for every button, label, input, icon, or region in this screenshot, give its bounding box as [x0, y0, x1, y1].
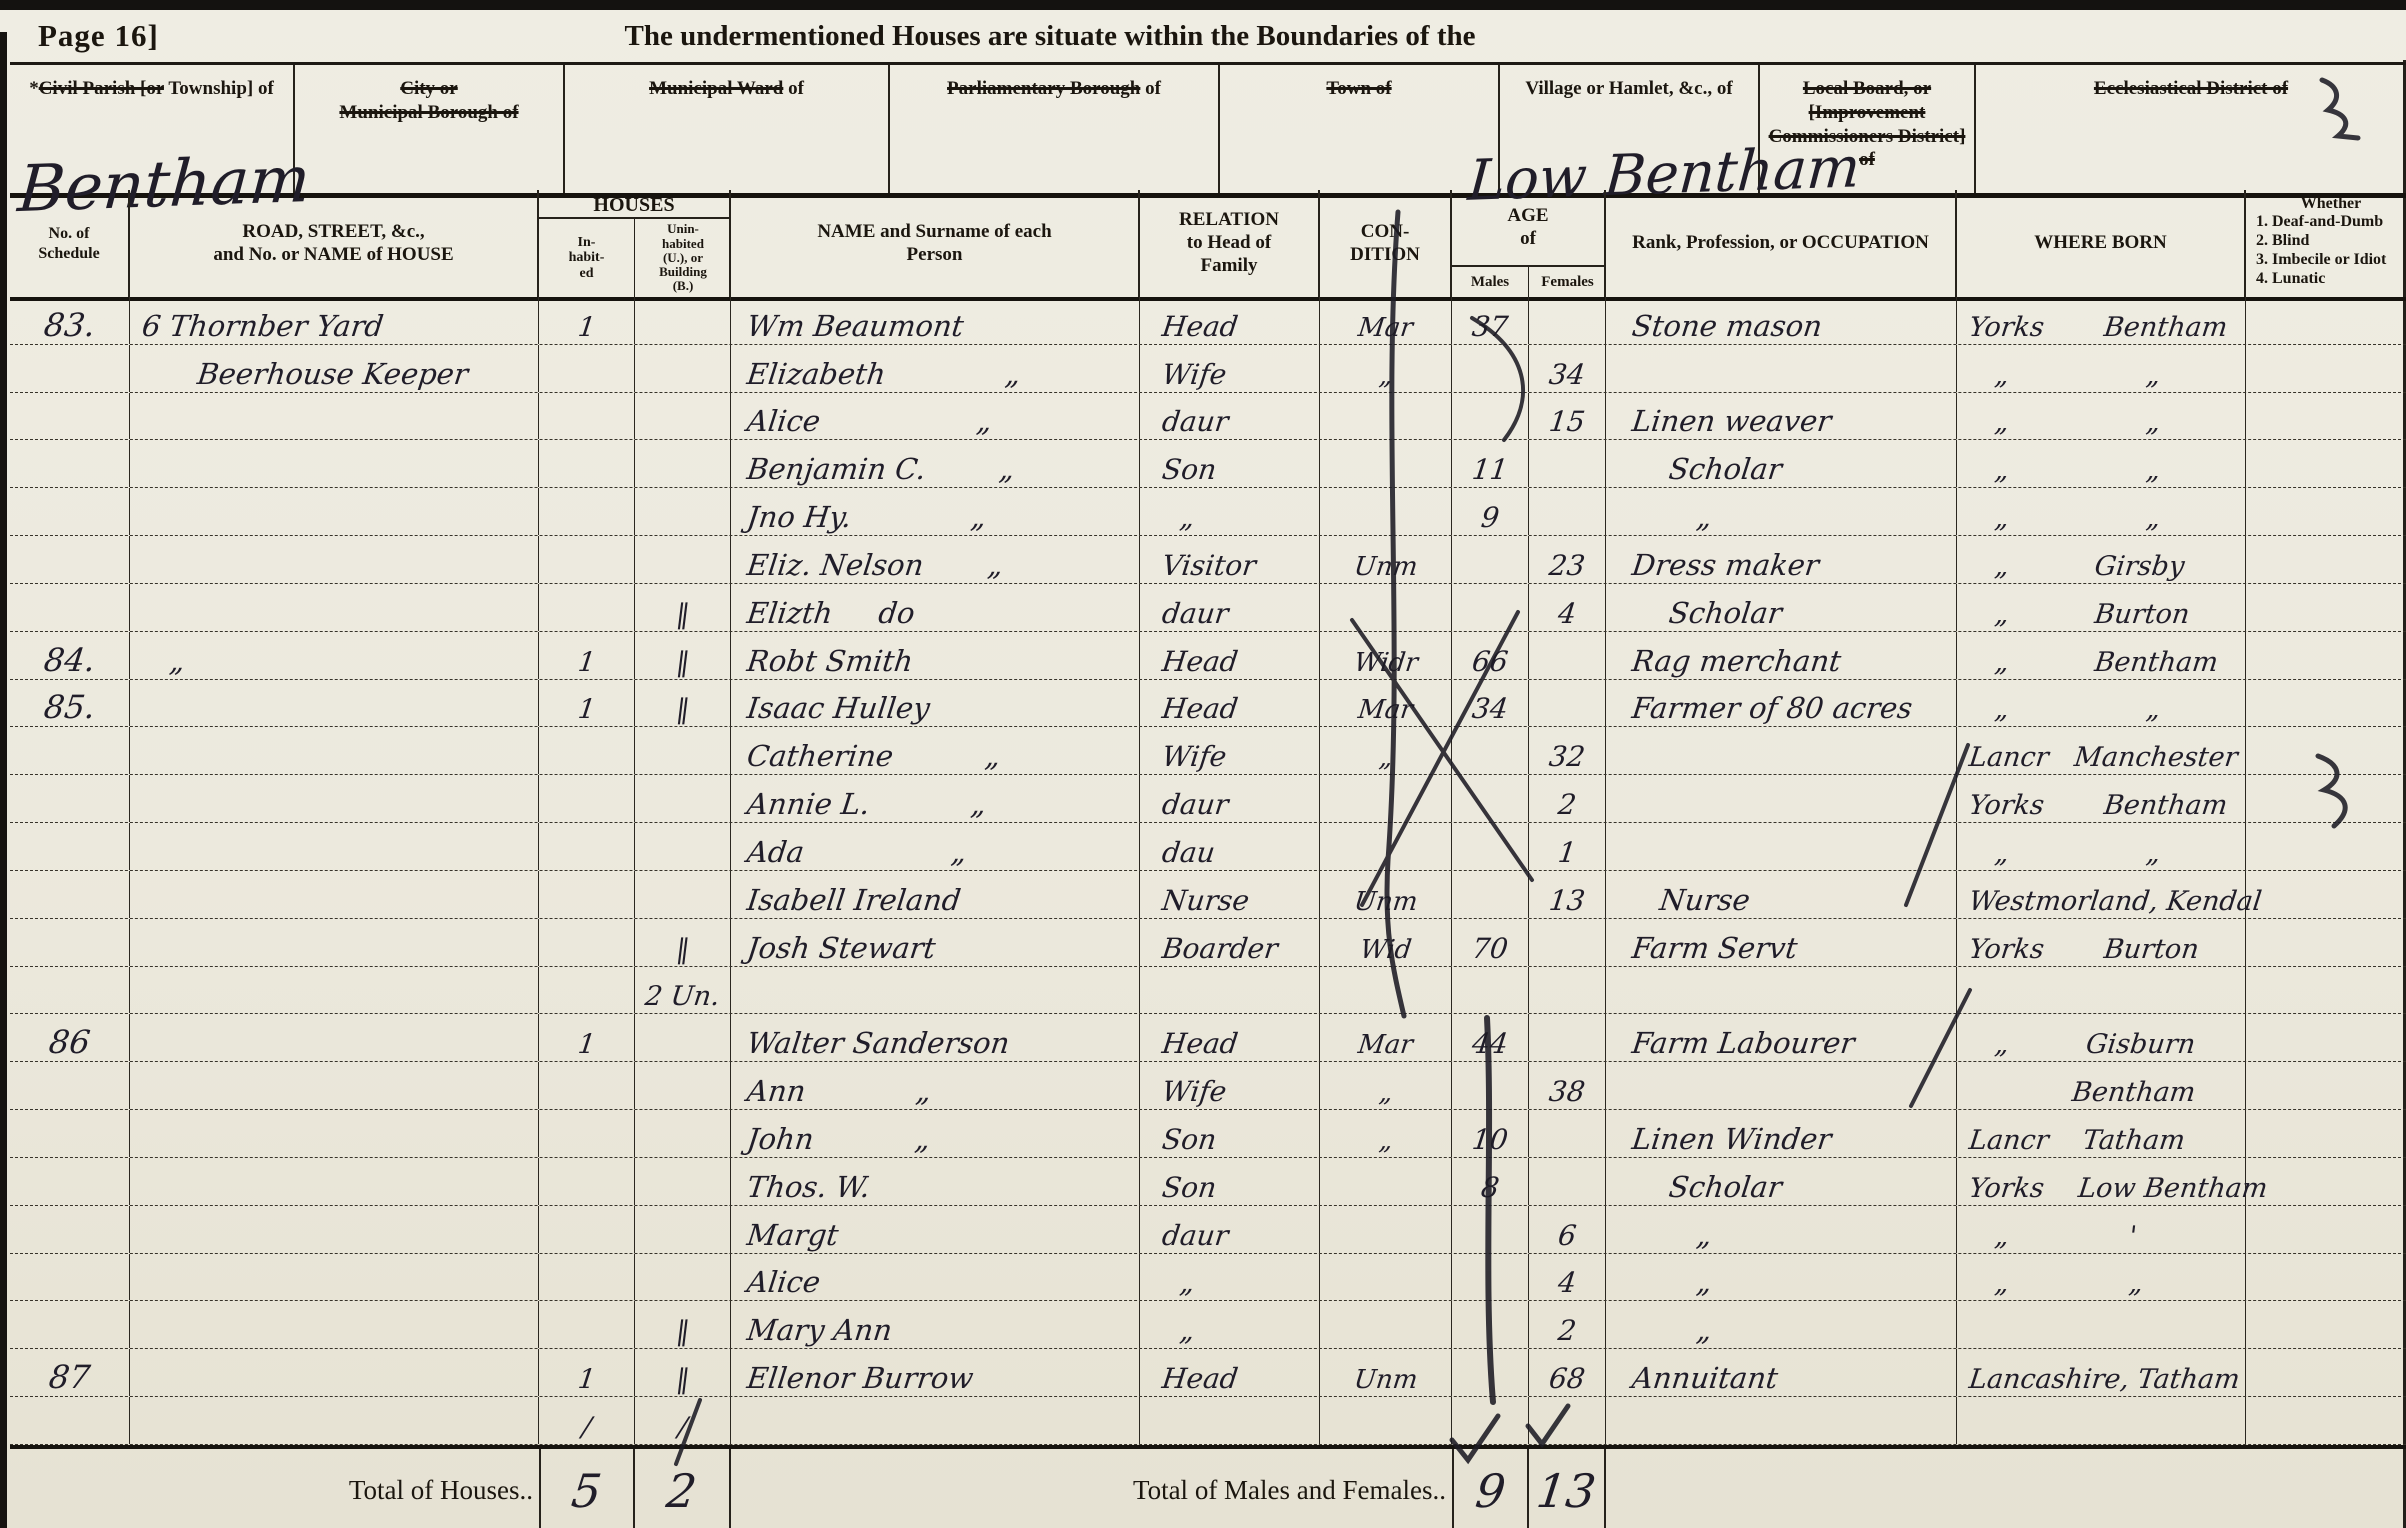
cell-relation: „ — [1140, 1254, 1320, 1301]
cell-road — [130, 440, 539, 487]
cell-occupation — [1606, 1397, 1957, 1444]
cell-schedule — [10, 871, 130, 918]
handwriting-relation: daur — [1160, 1222, 1230, 1253]
cell-name: Isaac Hulley — [731, 680, 1140, 727]
total-houses-label: Total of Houses.. — [130, 1449, 539, 1528]
cell-inhabited — [539, 536, 635, 583]
cell-females: 6 — [1529, 1206, 1606, 1253]
handwriting-females: 6 — [1556, 1222, 1578, 1253]
cell-relation — [1140, 967, 1320, 1014]
census-row-8: 84. „1‖Robt SmithHeadWidr66Rag merchant … — [10, 632, 2406, 680]
location-col-parliamentary-borough: Parliamentary Borough of — [890, 65, 1220, 193]
handwriting-born: Yorks Bentham — [1967, 792, 2229, 822]
cell-infirmity — [2246, 1062, 2406, 1109]
cell-relation: Head — [1140, 297, 1320, 344]
cell-males — [1452, 345, 1529, 392]
cell-road: „ — [130, 632, 539, 679]
cell-road — [130, 393, 539, 440]
handwriting-condition: Unm — [1352, 554, 1419, 583]
handwriting-born: „ „ — [1967, 457, 2162, 487]
cell-occupation: Scholar — [1606, 1158, 1957, 1205]
handwriting-females: 13 — [1547, 887, 1586, 918]
cell-males — [1452, 1349, 1529, 1396]
cell-occupation: „ — [1606, 1254, 1957, 1301]
cell-males — [1452, 823, 1529, 870]
cell-relation: Head — [1140, 1349, 1320, 1396]
cell-born: Lancr Manchester — [1957, 727, 2246, 774]
handwriting-condition: Wid — [1358, 937, 1413, 966]
handwriting-road: „ — [140, 647, 187, 679]
cell-infirmity — [2246, 393, 2406, 440]
cell-inhabited — [539, 1301, 635, 1348]
cell-relation: Wife — [1140, 345, 1320, 392]
handwriting-inhabited: / — [580, 1414, 593, 1444]
census-row-5: Jno Hy. „ „9 „ „ „ — [10, 488, 2406, 536]
handwriting-males: 9 — [1479, 504, 1501, 535]
cell-condition: Mar — [1320, 1014, 1452, 1061]
handwriting-name: Ada „ — [745, 838, 968, 870]
cell-road — [130, 1397, 539, 1444]
handwriting-inhabited: 1 — [576, 314, 597, 344]
cell-females: 1 — [1529, 823, 1606, 870]
cell-born: Yorks Bentham — [1957, 775, 2246, 822]
cell-occupation: „ — [1606, 1301, 1957, 1348]
handwriting-relation: Head — [1160, 313, 1239, 344]
cell-road — [130, 1062, 539, 1109]
cell-born: Yorks Low Bentham — [1957, 1158, 2246, 1205]
cell-schedule — [10, 488, 130, 535]
cell-uninhabited — [635, 393, 731, 440]
handwriting-relation: Wife — [1160, 1078, 1228, 1109]
cell-infirmity — [2246, 1254, 2406, 1301]
cell-condition: Mar — [1320, 297, 1452, 344]
cell-schedule — [10, 775, 130, 822]
cell-infirmity — [2246, 680, 2406, 727]
cell-relation: Head — [1140, 1014, 1320, 1061]
cell-relation: daur — [1140, 393, 1320, 440]
cell-occupation: Scholar — [1606, 440, 1957, 487]
cell-occupation: „ — [1606, 488, 1957, 535]
cell-infirmity — [2246, 871, 2406, 918]
cell-occupation — [1606, 967, 1957, 1014]
cell-infirmity — [2246, 440, 2406, 487]
header-females: Females — [1529, 267, 1606, 297]
cell-relation: Head — [1140, 680, 1320, 727]
cell-infirmity — [2246, 536, 2406, 583]
handwriting-females: 34 — [1547, 361, 1586, 392]
cell-inhabited — [539, 1110, 635, 1157]
handwriting-name: Mary Ann — [745, 1316, 894, 1348]
cell-females — [1529, 297, 1606, 344]
handwriting-road: Beerhouse Keeper — [140, 360, 470, 392]
cell-females — [1529, 680, 1606, 727]
header-houses-group: HOUSES In- habit- ed Unin- habited (U.),… — [539, 190, 731, 297]
cell-condition: Wid — [1320, 919, 1452, 966]
handwriting-males: 66 — [1470, 648, 1509, 679]
cell-condition — [1320, 775, 1452, 822]
cell-relation: Nurse — [1140, 871, 1320, 918]
cell-females — [1529, 1158, 1606, 1205]
cell-inhabited — [539, 1254, 635, 1301]
cell-females — [1529, 488, 1606, 535]
cell-road — [130, 488, 539, 535]
handwriting-born: Lancr Manchester — [1967, 744, 2239, 774]
cell-uninhabited: ‖ — [635, 919, 731, 966]
cell-road — [130, 919, 539, 966]
cell-males: 9 — [1452, 488, 1529, 535]
header-age-label: AGE of — [1507, 190, 1548, 265]
handwriting-born: „ Burton — [1967, 601, 2191, 631]
census-row-4: Benjamin C. „Son11 Scholar „ „ — [10, 440, 2406, 488]
handwriting-name: Ann „ — [745, 1077, 933, 1109]
cell-uninhabited — [635, 1062, 731, 1109]
cell-inhabited: 1 — [539, 632, 635, 679]
handwriting-occupation: Dress maker — [1630, 551, 1821, 583]
cell-relation: „ — [1140, 488, 1320, 535]
census-row-12: Ada „dau1 „ „ — [10, 823, 2406, 871]
handwriting-name: Walter Sanderson — [745, 1029, 1011, 1061]
handwriting-relation: „ — [1160, 1317, 1196, 1348]
cell-inhabited — [539, 584, 635, 631]
cell-name: Mary Ann — [731, 1301, 1140, 1348]
handwriting-name: Elizth do — [745, 599, 916, 631]
handwriting-born: „ „ — [1967, 505, 2162, 535]
cell-relation: Son — [1140, 1158, 1320, 1205]
cell-schedule: 87 — [10, 1349, 130, 1396]
handwriting-uninhabited: ‖ — [674, 649, 691, 679]
handwriting-uninhabited: ‖ — [674, 696, 691, 726]
cell-infirmity — [2246, 488, 2406, 535]
cell-schedule — [10, 1062, 130, 1109]
cell-name — [731, 967, 1140, 1014]
cell-uninhabited — [635, 1206, 731, 1253]
cell-infirmity — [2246, 727, 2406, 774]
cell-occupation — [1606, 345, 1957, 392]
handwriting-name: Jno Hy. „ — [745, 503, 988, 535]
handwriting-schedule: 87 — [47, 1361, 92, 1396]
cell-males: 66 — [1452, 632, 1529, 679]
cell-inhabited — [539, 393, 635, 440]
cell-name: Ann „ — [731, 1062, 1140, 1109]
census-row-16: 861Walter SandersonHeadMar44Farm Laboure… — [10, 1014, 2406, 1062]
cell-inhabited: 1 — [539, 680, 635, 727]
cell-uninhabited — [635, 1110, 731, 1157]
header-road: ROAD, STREET, &c., and No. or NAME of HO… — [130, 190, 539, 297]
cell-occupation — [1606, 1062, 1957, 1109]
census-row-19: Thos. W.Son8 ScholarYorks Low Bentham — [10, 1158, 2406, 1206]
cell-infirmity — [2246, 345, 2406, 392]
handwriting-females: 4 — [1556, 600, 1578, 631]
census-row-24: // — [10, 1397, 2406, 1445]
cell-born: Lancashire, Tatham — [1957, 1349, 2246, 1396]
cell-occupation: Annuitant — [1606, 1349, 1957, 1396]
cell-occupation: Linen weaver — [1606, 393, 1957, 440]
cell-occupation: Scholar — [1606, 584, 1957, 631]
cell-relation: daur — [1140, 775, 1320, 822]
header-houses-label: HOUSES — [539, 190, 729, 219]
cell-condition — [1320, 1397, 1452, 1444]
cell-condition — [1320, 1158, 1452, 1205]
handwriting-inhabited: 1 — [576, 649, 597, 679]
cell-name: Josh Stewart — [731, 919, 1140, 966]
handwriting-females: 68 — [1547, 1365, 1586, 1396]
header-name: NAME and Surname of each Person — [731, 190, 1140, 297]
handwriting-name: John „ — [745, 1125, 932, 1157]
cell-uninhabited — [635, 823, 731, 870]
cell-schedule — [10, 393, 130, 440]
cell-schedule: 83. — [10, 297, 130, 344]
cell-infirmity — [2246, 1397, 2406, 1444]
totals-row: Total of Houses.. 5 2 Total of Males and… — [10, 1445, 2406, 1528]
cell-males — [1452, 967, 1529, 1014]
cell-females — [1529, 440, 1606, 487]
totals-right-spacer — [1606, 1449, 2406, 1528]
handwriting-females: 15 — [1547, 408, 1586, 439]
cell-uninhabited: ‖ — [635, 632, 731, 679]
cell-born: „ „ — [1957, 393, 2246, 440]
cell-males — [1452, 1397, 1529, 1444]
handwriting-condition: Unm — [1352, 889, 1419, 918]
cell-uninhabited — [635, 488, 731, 535]
cell-name: Jno Hy. „ — [731, 488, 1140, 535]
cell-infirmity — [2246, 1301, 2406, 1348]
cell-born — [1957, 967, 2246, 1014]
cell-condition: „ — [1320, 1110, 1452, 1157]
cell-inhabited — [539, 345, 635, 392]
cell-inhabited — [539, 1062, 635, 1109]
cell-road — [130, 536, 539, 583]
cell-relation: Wife — [1140, 1062, 1320, 1109]
census-row-15: 2 Un. — [10, 967, 2406, 1015]
handwriting-born: „ „ — [1967, 840, 2162, 870]
page-banner-title: The undermentioned Houses are situate wi… — [625, 20, 1476, 53]
cell-schedule — [10, 584, 130, 631]
cell-males — [1452, 584, 1529, 631]
handwriting-relation: Head — [1160, 1365, 1239, 1396]
cell-uninhabited — [635, 345, 731, 392]
cell-females: 38 — [1529, 1062, 1606, 1109]
census-row-20: Margtdaur6 „ „ ' — [10, 1206, 2406, 1254]
handwriting-occupation: Stone mason — [1630, 312, 1824, 344]
handwriting-condition: Mar — [1356, 1032, 1414, 1061]
handwriting-condition: „ — [1377, 1128, 1394, 1157]
handwriting-relation: Nurse — [1160, 887, 1251, 918]
cell-born — [1957, 1301, 2246, 1348]
header-males: Males — [1452, 267, 1529, 297]
handwriting-road: 6 Thornber Yard — [140, 312, 385, 344]
cell-females: 34 — [1529, 345, 1606, 392]
cell-uninhabited — [635, 536, 731, 583]
handwriting-condition: „ — [1377, 745, 1394, 774]
cell-schedule — [10, 1206, 130, 1253]
handwriting-born: Bentham — [1967, 1079, 2197, 1109]
handwriting-condition: Mar — [1356, 315, 1414, 344]
handwriting-relation: „ — [1160, 1269, 1196, 1300]
handwriting-born: Westmorland, Kendal — [1967, 888, 2263, 918]
cell-condition — [1320, 1301, 1452, 1348]
cell-uninhabited — [635, 297, 731, 344]
cell-road — [130, 1254, 539, 1301]
handwriting-uninhabited: / — [676, 1414, 689, 1444]
cell-inhabited — [539, 1206, 635, 1253]
cell-males — [1452, 1254, 1529, 1301]
cell-road — [130, 775, 539, 822]
census-row-22: ‖Mary Ann „2 „ — [10, 1301, 2406, 1349]
cell-infirmity — [2246, 1014, 2406, 1061]
cell-born: „ Girsby — [1957, 536, 2246, 583]
census-page: Page 16] The undermentioned Houses are s… — [0, 0, 2406, 1528]
handwriting-uninhabited: ‖ — [674, 936, 691, 966]
handwriting-name: Isaac Hulley — [745, 694, 931, 726]
cell-born: „ ' — [1957, 1206, 2246, 1253]
cell-inhabited — [539, 919, 635, 966]
cell-born: Lancr Tatham — [1957, 1110, 2246, 1157]
handwriting-females: 38 — [1547, 1078, 1586, 1109]
cell-road — [130, 584, 539, 631]
cell-females: 2 — [1529, 1301, 1606, 1348]
census-row-14: ‖Josh StewartBoarderWid70Farm ServtYorks… — [10, 919, 2406, 967]
cell-males: 10 — [1452, 1110, 1529, 1157]
cell-females: 15 — [1529, 393, 1606, 440]
cell-born: „ Bentham — [1957, 632, 2246, 679]
handwriting-females: 2 — [1556, 791, 1578, 822]
cell-females: 32 — [1529, 727, 1606, 774]
cell-condition — [1320, 393, 1452, 440]
cell-born: „ Gisburn — [1957, 1014, 2246, 1061]
handwriting-born: „ „ — [1967, 362, 2162, 392]
cell-uninhabited — [635, 1014, 731, 1061]
cell-occupation — [1606, 727, 1957, 774]
cell-road: 6 Thornber Yard — [130, 297, 539, 344]
cell-schedule — [10, 1254, 130, 1301]
cell-males: 44 — [1452, 1014, 1529, 1061]
cell-name: Ada „ — [731, 823, 1140, 870]
scan-left-edge — [0, 32, 7, 1528]
handwriting-name: Wm Beaumont — [745, 312, 965, 344]
cell-born: Yorks Bentham — [1957, 297, 2246, 344]
cell-males — [1452, 393, 1529, 440]
cell-road — [130, 1158, 539, 1205]
header-uninhabited: Unin- habited (U.), or Building (B.) — [635, 219, 731, 297]
location-header-row: *Civil Parish [or Township] ofCity or Mu… — [10, 62, 2406, 198]
census-row-2: Beerhouse KeeperElizabeth „Wife„34 „ „ — [10, 345, 2406, 393]
totals-schedule-spacer — [10, 1449, 130, 1528]
cell-born: „ „ — [1957, 1254, 2246, 1301]
handwriting-occupation: Annuitant — [1630, 1364, 1779, 1396]
handwriting-females: 32 — [1547, 743, 1586, 774]
handwriting-females: 1 — [1556, 839, 1578, 870]
census-row-23: 871‖Ellenor BurrowHeadUnm68AnnuitantLanc… — [10, 1349, 2406, 1397]
handwriting-born: Yorks Bentham — [1967, 314, 2229, 344]
cell-born: „ „ — [1957, 440, 2246, 487]
table-header-row: No. of Schedule ROAD, STREET, &c., and N… — [10, 190, 2406, 301]
location-col-ecclesiastical-district: Ecclesiastical District of — [1976, 65, 2406, 193]
cell-relation: „ — [1140, 1301, 1320, 1348]
cell-occupation: Stone mason — [1606, 297, 1957, 344]
cell-females: 4 — [1529, 1254, 1606, 1301]
cell-condition: Mar — [1320, 680, 1452, 727]
handwriting-condition: Mar — [1356, 697, 1414, 726]
handwriting-relation: „ — [1160, 504, 1196, 535]
cell-schedule — [10, 1158, 130, 1205]
cell-females — [1529, 1110, 1606, 1157]
census-row-21: Alice „4 „ „ „ — [10, 1254, 2406, 1302]
cell-condition — [1320, 440, 1452, 487]
handwriting-males: 37 — [1470, 313, 1509, 344]
cell-condition — [1320, 1206, 1452, 1253]
cell-females: 68 — [1529, 1349, 1606, 1396]
header-infirmity-whether: Whether — [2301, 194, 2361, 213]
cell-road — [130, 871, 539, 918]
cell-occupation — [1606, 775, 1957, 822]
cell-relation: Son — [1140, 1110, 1320, 1157]
census-row-9: 85.1‖Isaac HulleyHeadMar34Farmer of 80 a… — [10, 680, 2406, 728]
cell-uninhabited — [635, 775, 731, 822]
cell-name: John „ — [731, 1110, 1140, 1157]
cell-males — [1452, 1062, 1529, 1109]
cell-schedule — [10, 727, 130, 774]
cell-name: Isabell Ireland — [731, 871, 1140, 918]
cell-infirmity — [2246, 967, 2406, 1014]
cell-occupation: Farm Servt — [1606, 919, 1957, 966]
cell-relation — [1140, 1397, 1320, 1444]
handwriting-relation: daur — [1160, 600, 1230, 631]
cell-relation: daur — [1140, 584, 1320, 631]
handwriting-name: Alice „ — [745, 407, 994, 439]
handwriting-relation: Head — [1160, 695, 1239, 726]
cell-infirmity — [2246, 1158, 2406, 1205]
cell-inhabited — [539, 488, 635, 535]
handwriting-females: 4 — [1556, 1269, 1578, 1300]
handwriting-born: Yorks Burton — [1967, 936, 2200, 966]
cell-inhabited — [539, 775, 635, 822]
cell-name: Elizabeth „ — [731, 345, 1140, 392]
cell-relation: Visitor — [1140, 536, 1320, 583]
census-row-11: Annie L. „daur2Yorks Bentham — [10, 775, 2406, 823]
handwriting-name: Elizabeth „ — [745, 360, 1022, 392]
cell-name: Walter Sanderson — [731, 1014, 1140, 1061]
cell-road — [130, 823, 539, 870]
handwriting-males: 44 — [1470, 1030, 1509, 1061]
handwriting-occupation: Farm Servt — [1630, 934, 1799, 966]
cell-infirmity — [2246, 1349, 2406, 1396]
handwriting-inhabited: 1 — [576, 1366, 597, 1396]
cell-females — [1529, 919, 1606, 966]
handwriting-born: Lancr Tatham — [1967, 1127, 2186, 1157]
cell-uninhabited — [635, 1254, 731, 1301]
census-row-17: Ann „Wife„38 Bentham — [10, 1062, 2406, 1110]
header-infirmity-list: 1. Deaf-and-Dumb 2. Blind 3. Imbecile or… — [2256, 213, 2386, 289]
cell-relation: daur — [1140, 1206, 1320, 1253]
page-header: Page 16] The undermentioned Houses are s… — [10, 10, 2406, 62]
cell-road — [130, 1110, 539, 1157]
cell-name: Alice „ — [731, 393, 1140, 440]
handwriting-relation: Wife — [1160, 743, 1228, 774]
header-relation: RELATION to Head of Family — [1140, 190, 1320, 297]
handwriting-occupation: „ — [1630, 1268, 1713, 1300]
cell-males — [1452, 871, 1529, 918]
cell-condition: „ — [1320, 727, 1452, 774]
handwriting-born: „ ' — [1967, 1223, 2138, 1253]
cell-name: Alice — [731, 1254, 1140, 1301]
handwriting-relation: Visitor — [1160, 552, 1257, 583]
cell-schedule — [10, 536, 130, 583]
handwriting-males: 8 — [1479, 1174, 1501, 1205]
cell-occupation: Linen Winder — [1606, 1110, 1957, 1157]
scan-top-edge — [0, 0, 2406, 10]
handwriting-name: Josh Stewart — [745, 934, 937, 966]
cell-name: Margt — [731, 1206, 1140, 1253]
